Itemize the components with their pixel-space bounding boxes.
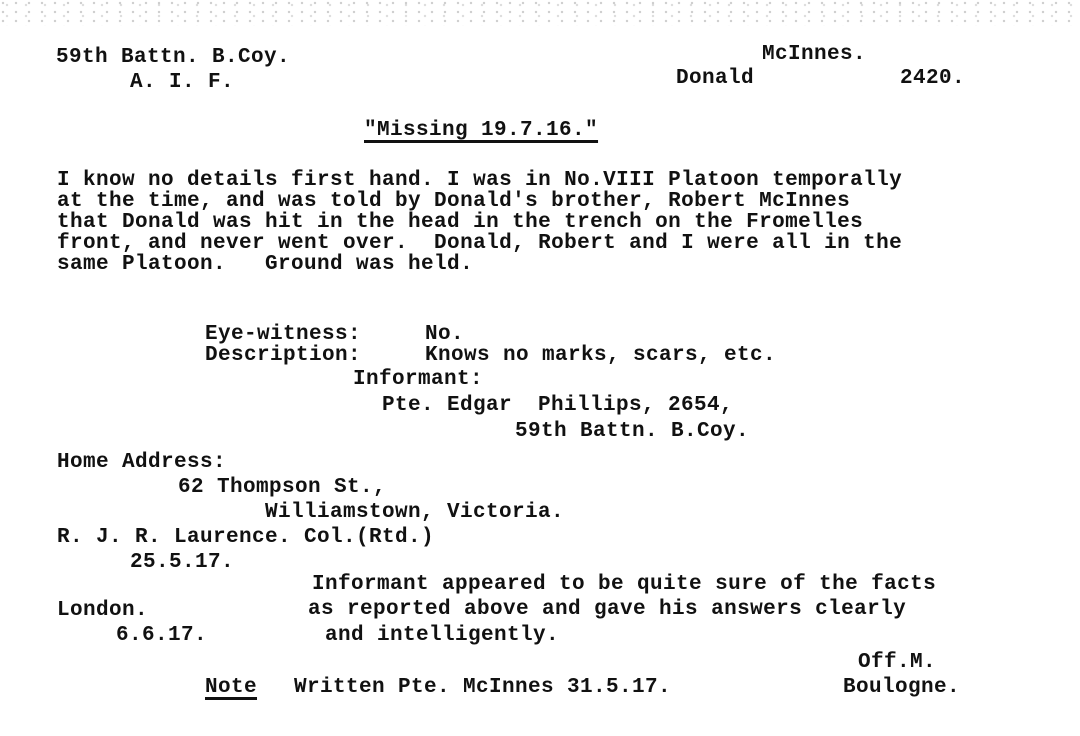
service-number: 2420.	[900, 68, 965, 90]
unit-line-1: 59th Battn. B.Coy.	[56, 47, 290, 69]
statement-line: front, and never went over. Donald, Robe…	[57, 233, 902, 255]
given-name: Donald	[676, 68, 754, 90]
office-line-1: Off.M.	[858, 652, 936, 674]
statement-line: I know no details first hand. I was in N…	[57, 170, 902, 192]
description-label: Description:	[205, 345, 361, 367]
location-city: London.	[57, 600, 148, 622]
signatory-date: 25.5.17.	[130, 552, 234, 574]
description-value: Knows no marks, scars, etc.	[425, 345, 776, 367]
statement-line: same Platoon. Ground was held.	[57, 254, 473, 276]
status-title: "Missing 19.7.16."	[364, 120, 598, 142]
address-street: 62 Thompson St.,	[178, 477, 386, 499]
statement-line: that Donald was hit in the head in the t…	[57, 212, 863, 234]
office-line-2: Boulogne.	[843, 677, 960, 699]
eyewitness-label: Eye-witness:	[205, 324, 361, 346]
note-text: Written Pte. McInnes 31.5.17.	[294, 677, 671, 699]
assessment-line: as reported above and gave his answers c…	[308, 599, 906, 621]
eyewitness-value: No.	[425, 324, 464, 346]
informant-label: Informant:	[353, 369, 483, 391]
assessment-line: and intelligently.	[325, 625, 559, 647]
address-town: Williamstown, Victoria.	[265, 502, 564, 524]
address-label: Home Address:	[57, 452, 226, 474]
signatory-name: R. J. R. Laurence. Col.(Rtd.)	[57, 527, 434, 549]
scan-noise	[0, 0, 1080, 26]
unit-line-2: A. I. F.	[130, 72, 234, 94]
assessment-line: Informant appeared to be quite sure of t…	[312, 574, 936, 596]
location-date: 6.6.17.	[116, 625, 207, 647]
informant-name: Pte. Edgar Phillips, 2654,	[382, 395, 733, 417]
informant-unit: 59th Battn. B.Coy.	[515, 421, 749, 443]
statement-line: at the time, and was told by Donald's br…	[57, 191, 850, 213]
note-label: Note	[205, 677, 257, 699]
surname: McInnes.	[762, 44, 866, 66]
